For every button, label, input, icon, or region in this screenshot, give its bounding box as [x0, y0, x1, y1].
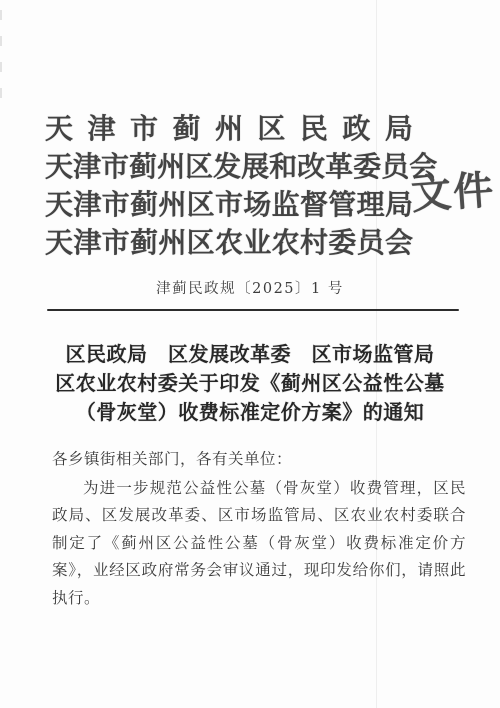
agency-line-civil-affairs: 天津市蓟州区民政局 — [45, 110, 413, 148]
agency-line-agriculture-rural: 天津市蓟州区农业农村委员会 — [45, 224, 413, 262]
title-line-1: 区民政局 区发展改革委 区市场监管局 — [20, 340, 480, 369]
document-body: 各乡镇街相关部门，各有关单位： 为进一步规范公益性公墓（骨灰堂）收费管理，区民政… — [52, 446, 466, 612]
scanned-document-page: 天津市蓟州区民政局 天津市蓟州区发展和改革委员会 天津市蓟州区市场监督管理局 天… — [0, 0, 500, 708]
document-number: 津蓟民政规〔2025〕1 号 — [0, 277, 500, 298]
header-divider-rule — [47, 309, 459, 311]
document-title: 区民政局 区发展改革委 区市场监管局 区农业农村委关于印发《蓟州区公益性公墓 （… — [20, 340, 480, 427]
letterhead-agencies: 天津市蓟州区民政局 天津市蓟州区发展和改革委员会 天津市蓟州区市场监督管理局 天… — [45, 110, 413, 262]
agency-line-development-reform: 天津市蓟州区发展和改革委员会 — [45, 148, 413, 186]
title-line-2: 区农业农村委关于印发《蓟州区公益性公墓 — [20, 369, 480, 398]
scan-edge-artifacts — [0, 10, 2, 100]
document-type-label: 文件 — [409, 158, 497, 221]
salutation-line: 各乡镇街相关部门，各有关单位： — [52, 446, 466, 474]
body-paragraph: 为进一步规范公益性公墓（骨灰堂）收费管理，区民政局、区发展改革委、区市场监管局、… — [52, 475, 466, 613]
agency-line-market-supervision: 天津市蓟州区市场监督管理局 — [45, 186, 413, 224]
title-line-3: （骨灰堂）收费标准定价方案》的通知 — [20, 398, 480, 427]
